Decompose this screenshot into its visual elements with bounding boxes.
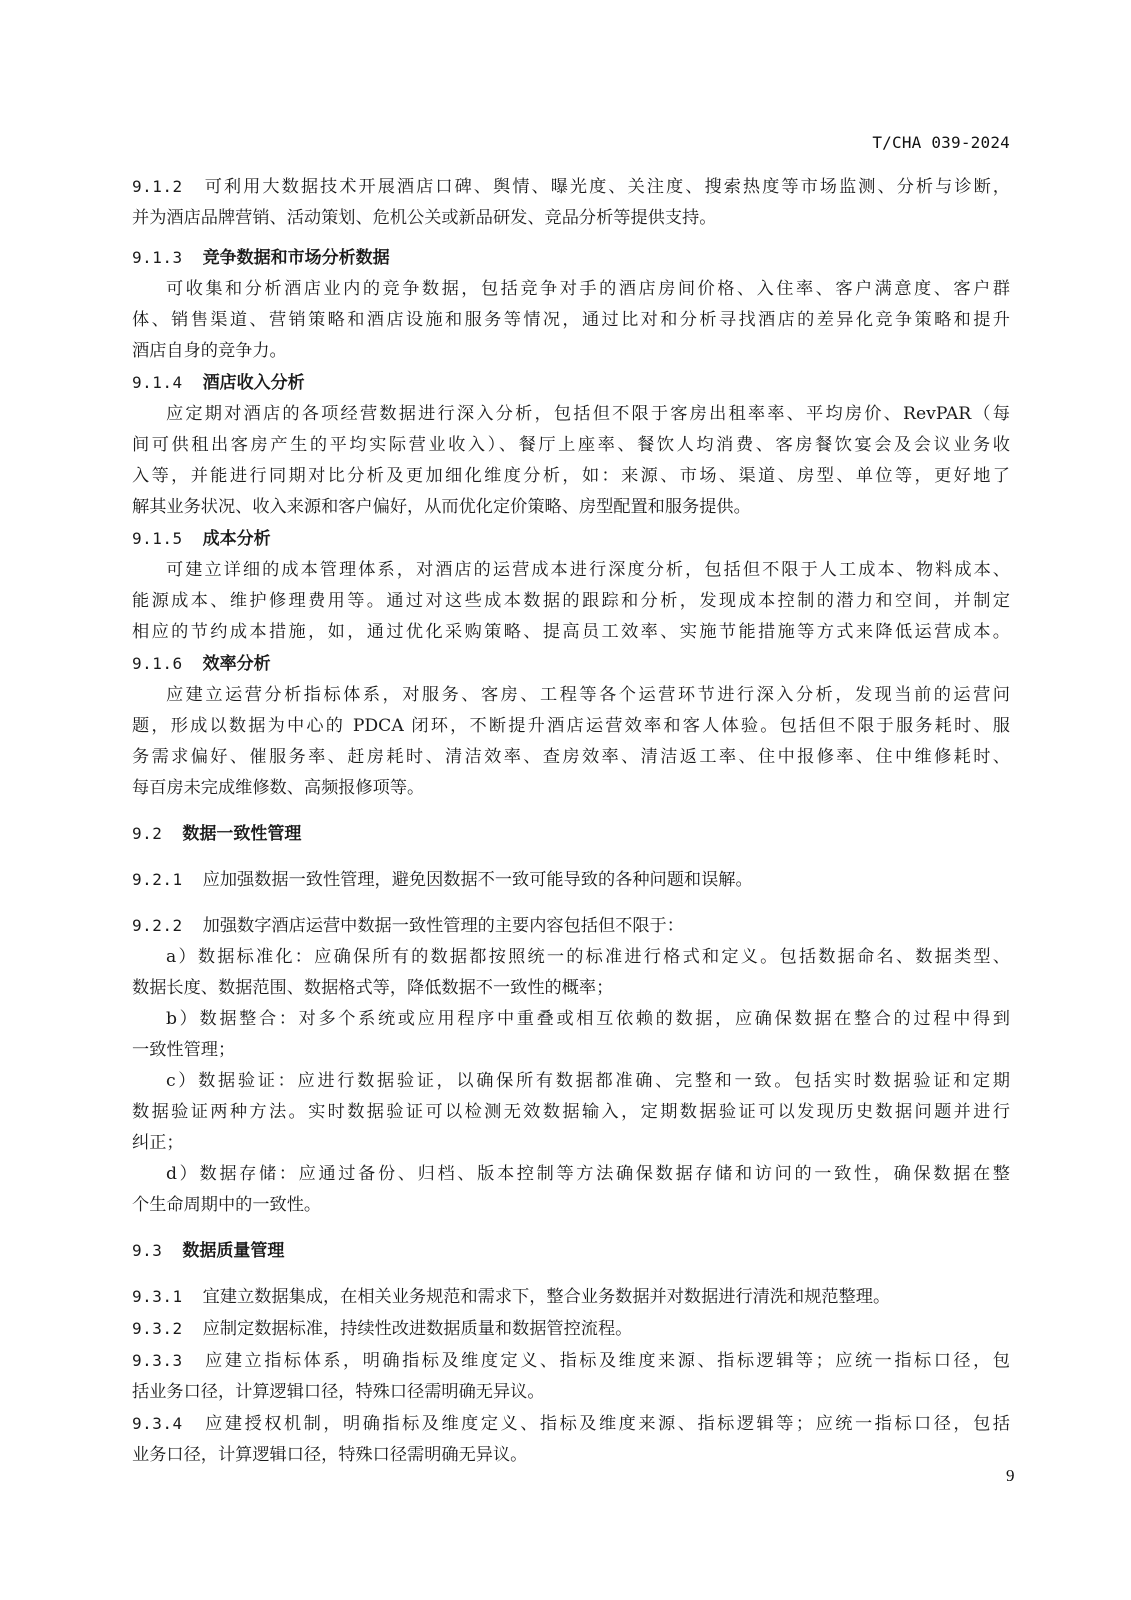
clause-text: 业务口径，计算逻辑口径，特殊口径需明确无异议。 (132, 1440, 1010, 1471)
clause-9-3-3: 9.3.3应建立指标体系，明确指标及维度定义、指标及维度来源、指标逻辑等；应统一… (132, 1345, 1010, 1408)
list-item-c: c）数据验证：应进行数据验证，以确保所有数据都准确、完整和一致。包括实时数据验证… (132, 1066, 1010, 1097)
clause-number: 9.2.2 (132, 916, 183, 935)
clause-9-1-6: 9.1.6效率分析 应建立运营分析指标体系，对服务、客房、工程等各个运营环节进行… (132, 648, 1010, 804)
clause-heading: 9.1.5成本分析 (132, 523, 1010, 555)
clause-text: 应制定数据标准，持续性改进数据质量和数据管控流程。 (203, 1319, 633, 1339)
list-item-c-cont: 纠正； (132, 1128, 1010, 1159)
list-item-a-cont: 数据长度、数据范围、数据格式等，降低数据不一致性的概率； (132, 973, 1010, 1004)
clause-text: 可收集和分析酒店业内的竞争数据，包括竞争对手的酒店房间价格、入住率、客户满意度、… (132, 274, 1010, 305)
list-item-c-cont: 数据验证两种方法。实时数据验证可以检测无效数据输入，定期数据验证可以发现历史数据… (132, 1097, 1010, 1128)
clause-text: 解其业务状况、收入来源和客户偏好，从而优化定价策略、房型配置和服务提供。 (132, 492, 1010, 523)
clause-text: 加强数字酒店运营中数据一致性管理的主要内容包括但不限于： (203, 916, 684, 936)
clause-text: 体、销售渠道、营销策略和酒店设施和服务等情况，通过比对和分析寻找酒店的差异化竞争… (132, 305, 1010, 336)
clause-9-3-4: 9.3.4应建授权机制，明确指标及维度定义、指标及维度来源、指标逻辑等；应统一指… (132, 1408, 1010, 1471)
section-title: 数据质量管理 (182, 1241, 284, 1261)
list-item-d-cont: 个生命周期中的一致性。 (132, 1190, 1010, 1221)
clause-title: 效率分析 (203, 654, 271, 674)
clause-title: 竞争数据和市场分析数据 (203, 248, 390, 268)
section-title: 数据一致性管理 (182, 824, 301, 844)
clause-number: 9.3.2 (132, 1319, 183, 1338)
list-item-b: b）数据整合：对多个系统或应用程序中重叠或相互依赖的数据，应确保数据在整合的过程… (132, 1004, 1010, 1035)
clause-9-3-2: 9.3.2应制定数据标准，持续性改进数据质量和数据管控流程。 (132, 1313, 1010, 1345)
section-number: 9.3 (132, 1241, 162, 1260)
clause-text: 可建立详细的成本管理体系，对酒店的运营成本进行深度分析，包括但不限于人工成本、物… (132, 555, 1010, 586)
document-body: 9.1.2可利用大数据技术开展酒店口碑、舆情、曝光度、关注度、搜索热度等市场监测… (132, 171, 1010, 1471)
clause-number: 9.2.1 (132, 870, 183, 889)
clause-9-2-1: 9.2.1应加强数据一致性管理，避免因数据不一致可能导致的各种问题和误解。 (132, 864, 1010, 896)
clause-text: 应定期对酒店的各项经营数据进行深入分析，包括但不限于客房出租率率、平均房价、Re… (132, 399, 1010, 430)
clause-text: 括业务口径，计算逻辑口径，特殊口径需明确无异议。 (132, 1377, 1010, 1408)
clause-9-1-2: 9.1.2可利用大数据技术开展酒店口碑、舆情、曝光度、关注度、搜索热度等市场监测… (132, 171, 1010, 234)
section-number: 9.2 (132, 824, 162, 843)
clause-text: 题，形成以数据为中心的 PDCA 闭环，不断提升酒店运营效率和客人体验。包括但不… (132, 711, 1010, 742)
clause-number: 9.1.3 (132, 248, 183, 267)
clause-text: 应建立运营分析指标体系，对服务、客房、工程等各个运营环节进行深入分析，发现当前的… (132, 680, 1010, 711)
clause-number: 9.1.5 (132, 529, 183, 548)
clause-9-2-2: 9.2.2加强数字酒店运营中数据一致性管理的主要内容包括但不限于： a）数据标准… (132, 910, 1010, 1221)
clause-number: 9.3.3 (132, 1351, 183, 1370)
section-heading: 9.3数据质量管理 (132, 1235, 1010, 1267)
section-9-2: 9.2数据一致性管理 (132, 818, 1010, 850)
clause-text: 能源成本、维护修理费用等。通过对这些成本数据的跟踪和分析，发现成本控制的潜力和空… (132, 586, 1010, 617)
standard-code-header: T/CHA 039-2024 (872, 133, 1010, 152)
clause-heading: 9.1.3竞争数据和市场分析数据 (132, 242, 1010, 274)
document-page: T/CHA 039-2024 9.1.2可利用大数据技术开展酒店口碑、舆情、曝光… (0, 0, 1131, 1600)
clause-9-3-1: 9.3.1宜建立数据集成，在相关业务规范和需求下，整合业务数据并对数据进行清洗和… (132, 1281, 1010, 1313)
clause-text: 宜建立数据集成，在相关业务规范和需求下，整合业务数据并对数据进行清洗和规范整理。 (203, 1287, 891, 1307)
clause-number: 9.1.4 (132, 373, 183, 392)
list-item-d: d）数据存储：应通过备份、归档、版本控制等方法确保数据存储和访问的一致性，确保数… (132, 1159, 1010, 1190)
clause-title: 成本分析 (203, 529, 271, 549)
clause-text: 应建授权机制，明确指标及维度定义、指标及维度来源、指标逻辑等；应统一指标口径，包… (203, 1414, 1010, 1434)
clause-9-1-3: 9.1.3竞争数据和市场分析数据 可收集和分析酒店业内的竞争数据，包括竞争对手的… (132, 242, 1010, 367)
clause-text: 酒店自身的竞争力。 (132, 336, 1010, 367)
section-heading: 9.2数据一致性管理 (132, 818, 1010, 850)
clause-number: 9.1.6 (132, 654, 183, 673)
clause-heading: 9.1.6效率分析 (132, 648, 1010, 680)
clause-text: 并为酒店品牌营销、活动策划、危机公关或新品研发、竞品分析等提供支持。 (132, 203, 1010, 234)
clause-9-1-4: 9.1.4酒店收入分析 应定期对酒店的各项经营数据进行深入分析，包括但不限于客房… (132, 367, 1010, 523)
clause-number: 9.1.2 (132, 177, 183, 196)
clause-number: 9.3.4 (132, 1414, 183, 1433)
clause-text: 务需求偏好、催服务率、赶房耗时、清洁效率、查房效率、清洁返工率、住中报修率、住中… (132, 742, 1010, 773)
list-item-b-cont: 一致性管理； (132, 1035, 1010, 1066)
clause-text: 应加强数据一致性管理，避免因数据不一致可能导致的各种问题和误解。 (203, 870, 753, 890)
clause-text: 应建立指标体系，明确指标及维度定义、指标及维度来源、指标逻辑等；应统一指标口径，… (203, 1351, 1010, 1371)
clause-text: 入等，并能进行同期对比分析及更加细化维度分析，如：来源、市场、渠道、房型、单位等… (132, 461, 1010, 492)
page-number: 9 (1006, 1466, 1015, 1486)
clause-text: 间可供租出客房产生的平均实际营业收入）、餐厅上座率、餐饮人均消费、客房餐饮宴会及… (132, 430, 1010, 461)
clause-text: 每百房未完成维修数、高频报修项等。 (132, 773, 1010, 804)
clause-text: 可利用大数据技术开展酒店口碑、舆情、曝光度、关注度、搜索热度等市场监测、分析与诊… (203, 177, 1010, 197)
clause-9-1-5: 9.1.5成本分析 可建立详细的成本管理体系，对酒店的运营成本进行深度分析，包括… (132, 523, 1010, 648)
section-9-3: 9.3数据质量管理 (132, 1235, 1010, 1267)
list-item-a: a）数据标准化：应确保所有的数据都按照统一的标准进行格式和定义。包括数据命名、数… (132, 942, 1010, 973)
clause-number: 9.3.1 (132, 1287, 183, 1306)
clause-title: 酒店收入分析 (203, 373, 305, 393)
clause-heading: 9.1.4酒店收入分析 (132, 367, 1010, 399)
clause-text: 相应的节约成本措施，如，通过优化采购策略、提高员工效率、实施节能措施等方式来降低… (132, 617, 1010, 648)
